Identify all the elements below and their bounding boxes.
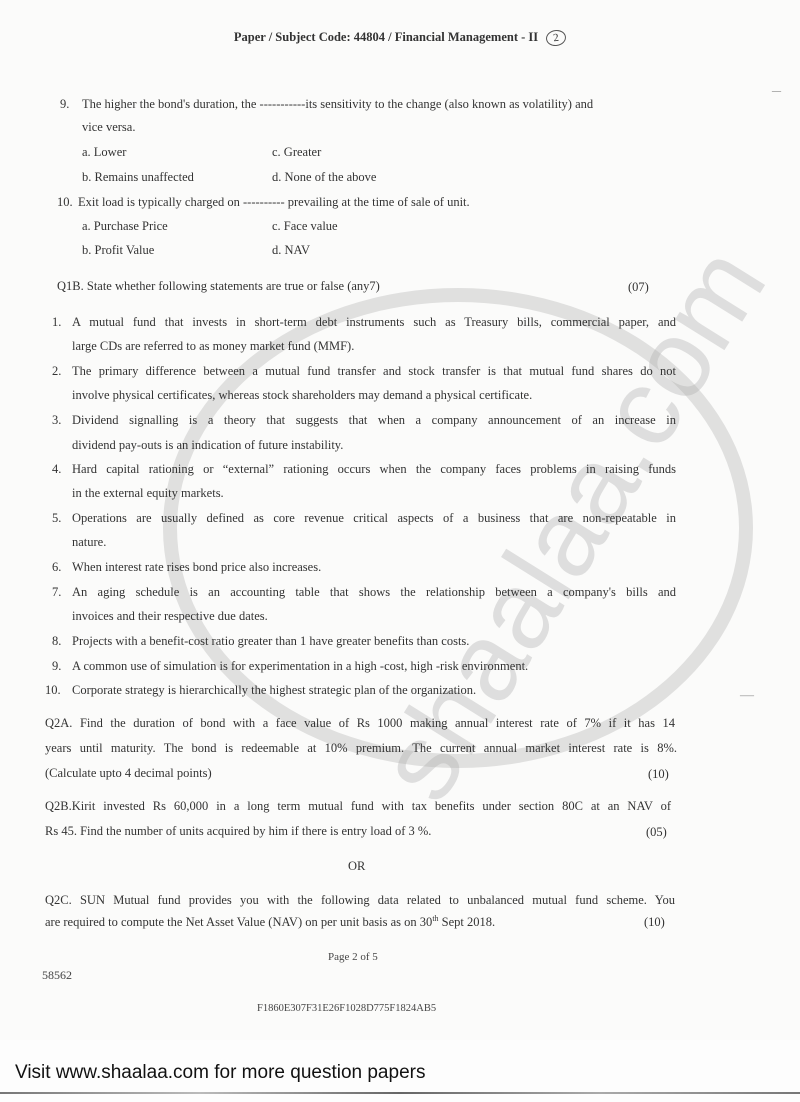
q9-text-line2: vice versa. [82,120,135,135]
q9-number: 9. [60,97,69,112]
tf-item-number: 1. [52,315,61,330]
document-hash: F1860E307F31E26F1028D775F1824AB5 [257,1003,436,1014]
tf-item-number: 8. [52,634,61,649]
scan-mark: — [740,688,754,704]
q2b-line1: Q2B.Kirit invested Rs 60,000 in a long t… [45,799,671,814]
q9-text-line1: The higher the bond's duration, the ----… [82,97,593,112]
bottom-divider [0,1092,800,1094]
q10-option-c: c. Face value [272,219,338,234]
tf-item-number: 7. [52,585,61,600]
q2b-marks: (05) [646,825,667,840]
paper-header: Paper / Subject Code: 44804 / Financial … [0,30,800,46]
tf-item-number: 2. [52,364,61,379]
q2c-marks: (10) [644,915,665,930]
q2a-marks: (10) [648,767,669,782]
q1b-marks: (07) [628,280,649,295]
q1b-heading: Q1B. State whether following statements … [57,279,380,294]
page-number: Page 2 of 5 [328,951,378,963]
tf-item-text: Hard capital rationing or “external” rat… [72,462,676,477]
or-separator: OR [348,859,365,874]
tf-item-text: Corporate strategy is hierarchically the… [72,683,476,698]
tf-item-text: A common use of simulation is for experi… [72,659,528,674]
q2c-line2-text: are required to compute the Net Asset Va… [45,915,432,929]
question-paper-page: shaalaa.com Paper / Subject Code: 44804 … [0,0,800,1040]
tf-item-number: 4. [52,462,61,477]
q2a-line1: Q2A. Find the duration of bond with a fa… [45,716,675,731]
tf-item-number: 5. [52,511,61,526]
q10-text: Exit load is typically charged on ------… [78,195,470,210]
q2a-line2: years until maturity. The bond is redeem… [45,741,677,756]
q9-option-d: d. None of the above [272,170,376,185]
tf-item-text: A mutual fund that invests in short-term… [72,315,676,330]
tf-item-text: Operations are usually defined as core r… [72,511,676,526]
q10-number: 10. [57,195,73,210]
q2b-line2: Rs 45. Find the number of units acquired… [45,824,431,839]
tf-item-text: When interest rate rises bond price also… [72,560,321,575]
q2c-line2: are required to compute the Net Asset Va… [45,914,495,930]
paper-code: 58562 [42,968,72,983]
tf-item-text: The primary difference between a mutual … [72,364,676,379]
tf-item-text-continued: in the external equity markets. [72,486,224,501]
tf-item-number: 3. [52,413,61,428]
q2c-line2-end: Sept 2018. [439,915,496,929]
tf-item-number: 10. [45,683,61,698]
q9-option-c: c. Greater [272,145,321,160]
q10-option-a: a. Purchase Price [82,219,168,234]
tf-item-text-continued: large CDs are referred to as money marke… [72,339,354,354]
q9-option-b: b. Remains unaffected [82,170,194,185]
tf-item-number: 6. [52,560,61,575]
tf-item-text-continued: invoices and their respective due dates. [72,609,268,624]
scan-edge-mark: – [772,80,781,101]
paper-title: Paper / Subject Code: 44804 / Financial … [234,30,538,44]
shaalaa-banner-link[interactable]: Visit www.shaalaa.com for more question … [15,1062,425,1084]
tf-item-text-continued: involve physical certificates, whereas s… [72,388,532,403]
q10-option-d: d. NAV [272,243,310,258]
tf-item-number: 9. [52,659,61,674]
handwritten-page-mark: 2 [545,29,567,48]
q9-option-a: a. Lower [82,145,126,160]
tf-item-text: An aging schedule is an accounting table… [72,585,676,600]
tf-item-text: Dividend signalling is a theory that sug… [72,413,676,428]
tf-item-text-continued: dividend pay-outs is an indication of fu… [72,438,343,453]
q10-option-b: b. Profit Value [82,243,154,258]
tf-item-text: Projects with a benefit-cost ratio great… [72,634,469,649]
q2c-line1: Q2C. SUN Mutual fund provides you with t… [45,893,675,908]
tf-item-text-continued: nature. [72,535,106,550]
q2a-line3: (Calculate upto 4 decimal points) [45,766,212,781]
